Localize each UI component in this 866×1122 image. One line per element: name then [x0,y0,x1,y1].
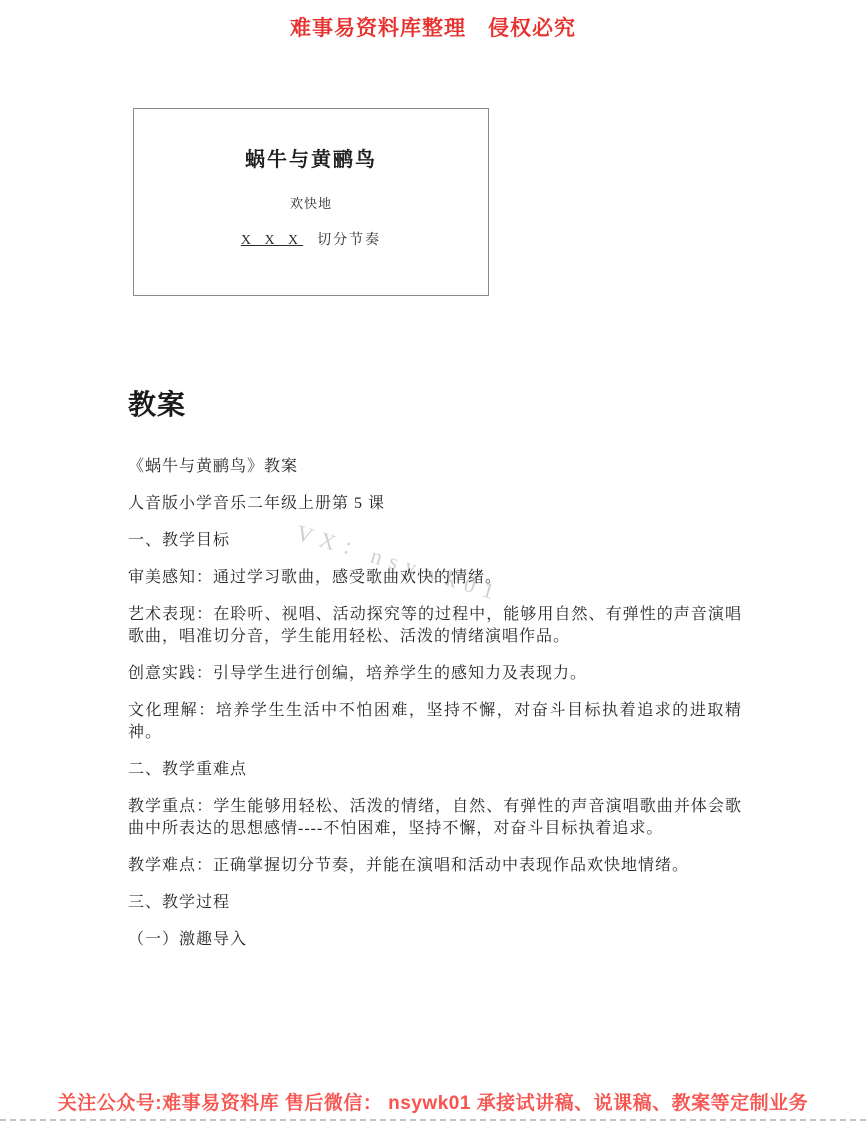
paragraph: 三、教学过程 [128,892,742,914]
paragraph: （一）激趣导入 [128,929,742,951]
paragraph: 审美感知：通过学习歌曲，感受歌曲欢快的情绪。 [128,567,742,589]
footer-contact-banner: 关注公众号:难事易资料库 售后微信： nsywk01 承接试讲稿、说课稿、教案等… [0,1088,866,1115]
song-title: 蜗牛与黄鹂鸟 [134,143,488,172]
paragraph: 教学难点：正确掌握切分节奏，并能在演唱和活动中表现作品欢快地情绪。 [128,855,742,877]
paragraph: 文化理解：培养学生生活中不怕困难，坚持不懈，对奋斗目标执着追求的进取精神。 [128,700,742,744]
header-copyright-notice: 难事易资料库整理 侵权必究 [0,12,866,42]
document-page: 难事易资料库整理 侵权必究 蜗牛与黄鹂鸟 欢快地 X X X切分节奏 VX：ns… [0,0,866,1122]
footer-divider [0,1119,866,1121]
song-score-box: 蜗牛与黄鹂鸟 欢快地 X X X切分节奏 [133,108,489,296]
paragraph: 二、教学重难点 [128,759,742,781]
page-title: 教案 [128,383,742,423]
song-tempo-marking: 欢快地 [134,193,488,212]
paragraph: 人音版小学音乐二年级上册第 5 课 [128,493,742,515]
rhythm-line: X X X切分节奏 [134,229,488,249]
rhythm-label: 切分节奏 [317,233,381,248]
paragraph: 教学重点：学生能够用轻松、活泼的情绪，自然、有弹性的声音演唱歌曲并体会歌曲中所表… [128,796,742,840]
paragraph: 艺术表现：在聆听、视唱、活动探究等的过程中，能够用自然、有弹性的声音演唱歌曲，唱… [128,604,742,648]
paragraph: 《蜗牛与黄鹂鸟》教案 [128,456,742,478]
rhythm-pattern: X X X [241,233,303,248]
paragraph: 一、教学目标 [128,530,742,552]
paragraph: 创意实践：引导学生进行创编，培养学生的感知力及表现力。 [128,663,742,685]
lesson-plan-body: 教案 《蜗牛与黄鹂鸟》教案人音版小学音乐二年级上册第 5 课一、教学目标审美感知… [128,383,742,966]
document-paragraphs: 《蜗牛与黄鹂鸟》教案人音版小学音乐二年级上册第 5 课一、教学目标审美感知：通过… [128,456,742,951]
